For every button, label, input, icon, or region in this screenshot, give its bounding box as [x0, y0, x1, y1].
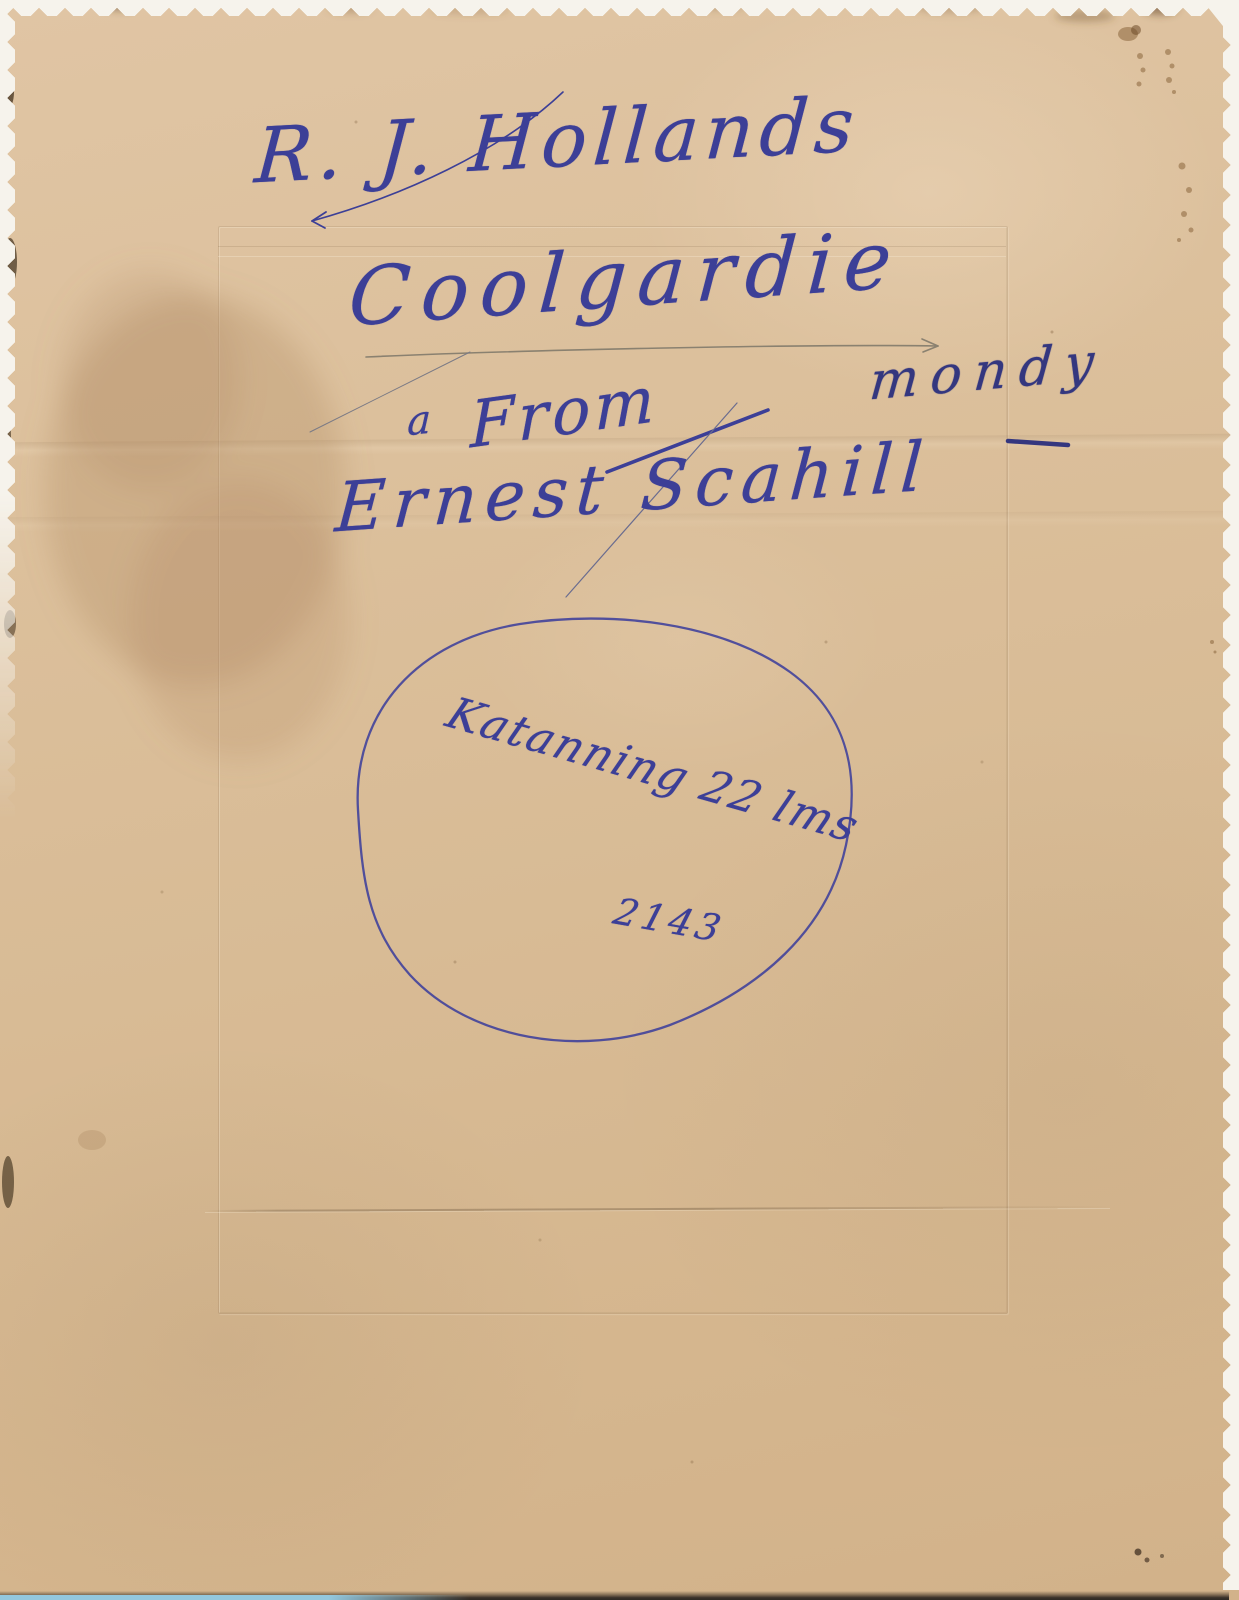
side-word-underline	[1008, 441, 1068, 445]
thin-diagonal-near-from	[310, 352, 470, 432]
bottom-edge-blue-strip	[0, 1595, 470, 1600]
handwritten-stray-letter: a	[407, 400, 432, 443]
scanned-card-back: R. J. Hollands Coolgardie mondy a From E…	[0, 0, 1239, 1600]
deckled-edge-right	[1223, 0, 1239, 1590]
deckled-edge-left	[0, 0, 15, 820]
pen-flourish-arrowhead	[312, 212, 326, 228]
deckled-edge-top	[0, 0, 1239, 16]
pencil-underline	[366, 346, 938, 357]
